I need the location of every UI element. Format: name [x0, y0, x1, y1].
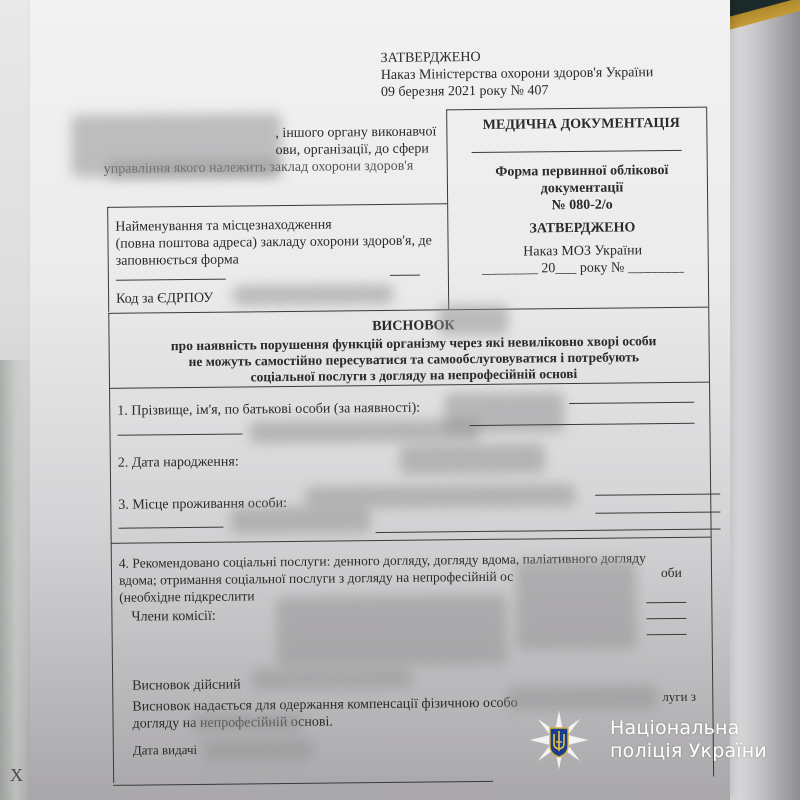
approval-order: Наказ Міністерства охорони здоров'я Укра…: [381, 64, 654, 84]
field-birth-date-label: 2. Дата народження:: [118, 454, 239, 473]
edrpou-label: Код за ЄДРПОУ: [116, 290, 213, 309]
blank-line: [569, 402, 694, 404]
moz-order-line-2: ________ 20___ року № ________: [458, 259, 708, 279]
police-watermark: Національна поліція України: [528, 705, 798, 775]
form-number: № 080-2/о: [457, 196, 707, 216]
field-underline-note: (необхідне підкреслити: [119, 588, 255, 606]
redacted-area: [438, 305, 508, 336]
blank-line: [646, 602, 686, 603]
divider: [706, 107, 714, 777]
blank-line: [595, 493, 720, 495]
redacted-area: [305, 484, 575, 509]
divider: [472, 150, 682, 153]
approval-date: 09 березня 2021 року № 407: [381, 81, 654, 101]
redacted-area: [230, 506, 370, 533]
commission-members-label: Члени комісії:: [131, 608, 215, 626]
field-recommended-services-line-2: вдома; отримання соціальної послуги з до…: [119, 569, 513, 590]
blank-line: [595, 511, 720, 513]
blank-line: [118, 433, 243, 435]
conclusion-subtitle: про наявність порушення функцій організм…: [114, 333, 714, 387]
police-star-badge-icon: [528, 709, 590, 771]
redacted-area: [233, 284, 393, 306]
blank-line: [647, 634, 687, 635]
redacted-area: [249, 419, 479, 443]
conclusion-purpose-end: луги з: [662, 689, 696, 706]
blank-line: [646, 618, 686, 619]
facility-line-3: заповнюється форма: [116, 249, 432, 269]
divider: [107, 207, 109, 312]
facility-line-2: (повна поштова адреса) закладу охорони з…: [115, 232, 431, 252]
redacted-area: [516, 559, 637, 650]
police-logo-line-2: поліція України: [610, 740, 767, 763]
field-recommended-services-end: оби: [661, 565, 682, 582]
police-logo-text: Національна поліція України: [610, 717, 767, 763]
field-full-name-label: 1. Прізвище, ім'я, по батькові особи (за…: [117, 400, 420, 421]
issue-date-label: Дата видачі: [133, 742, 197, 759]
redacted-area: [203, 739, 313, 762]
divider: [107, 203, 447, 208]
header-approval: ЗАТВЕРДЖЕНО Наказ Міністерства охорони з…: [381, 47, 654, 101]
divider: [446, 109, 449, 309]
blank-line: [376, 528, 721, 533]
side-mark: Х: [10, 765, 23, 786]
police-logo-line-1: Національна: [610, 717, 767, 740]
blank-line: [390, 275, 420, 276]
form-approved: ЗАТВЕРДЖЕНО: [457, 219, 707, 239]
redacted-area: [192, 713, 302, 732]
blank-line: [116, 279, 226, 281]
divider: [111, 537, 711, 544]
redacted-area: [276, 595, 507, 667]
divider: [446, 107, 706, 111]
redacted-area: [400, 443, 545, 475]
blank-line: [119, 527, 224, 529]
conclusion-valid-label: Висновок дійсний: [132, 676, 241, 695]
divider: [108, 307, 708, 314]
redacted-area: [252, 668, 412, 690]
moz-order: Наказ МОЗ України ________ 20___ року № …: [458, 242, 708, 279]
medical-documentation-title: МЕДИЧНА ДОКУМЕНТАЦІЯ: [456, 115, 706, 135]
redacted-area: [107, 159, 279, 179]
facility-block: Найменування та місцезнаходження (повна …: [115, 215, 432, 269]
divider: [113, 781, 493, 786]
document-page: ЗАТВЕРДЖЕНО Наказ Міністерства охорони з…: [30, 0, 730, 800]
form-type: Форма первинної облікової документації №…: [457, 162, 708, 216]
